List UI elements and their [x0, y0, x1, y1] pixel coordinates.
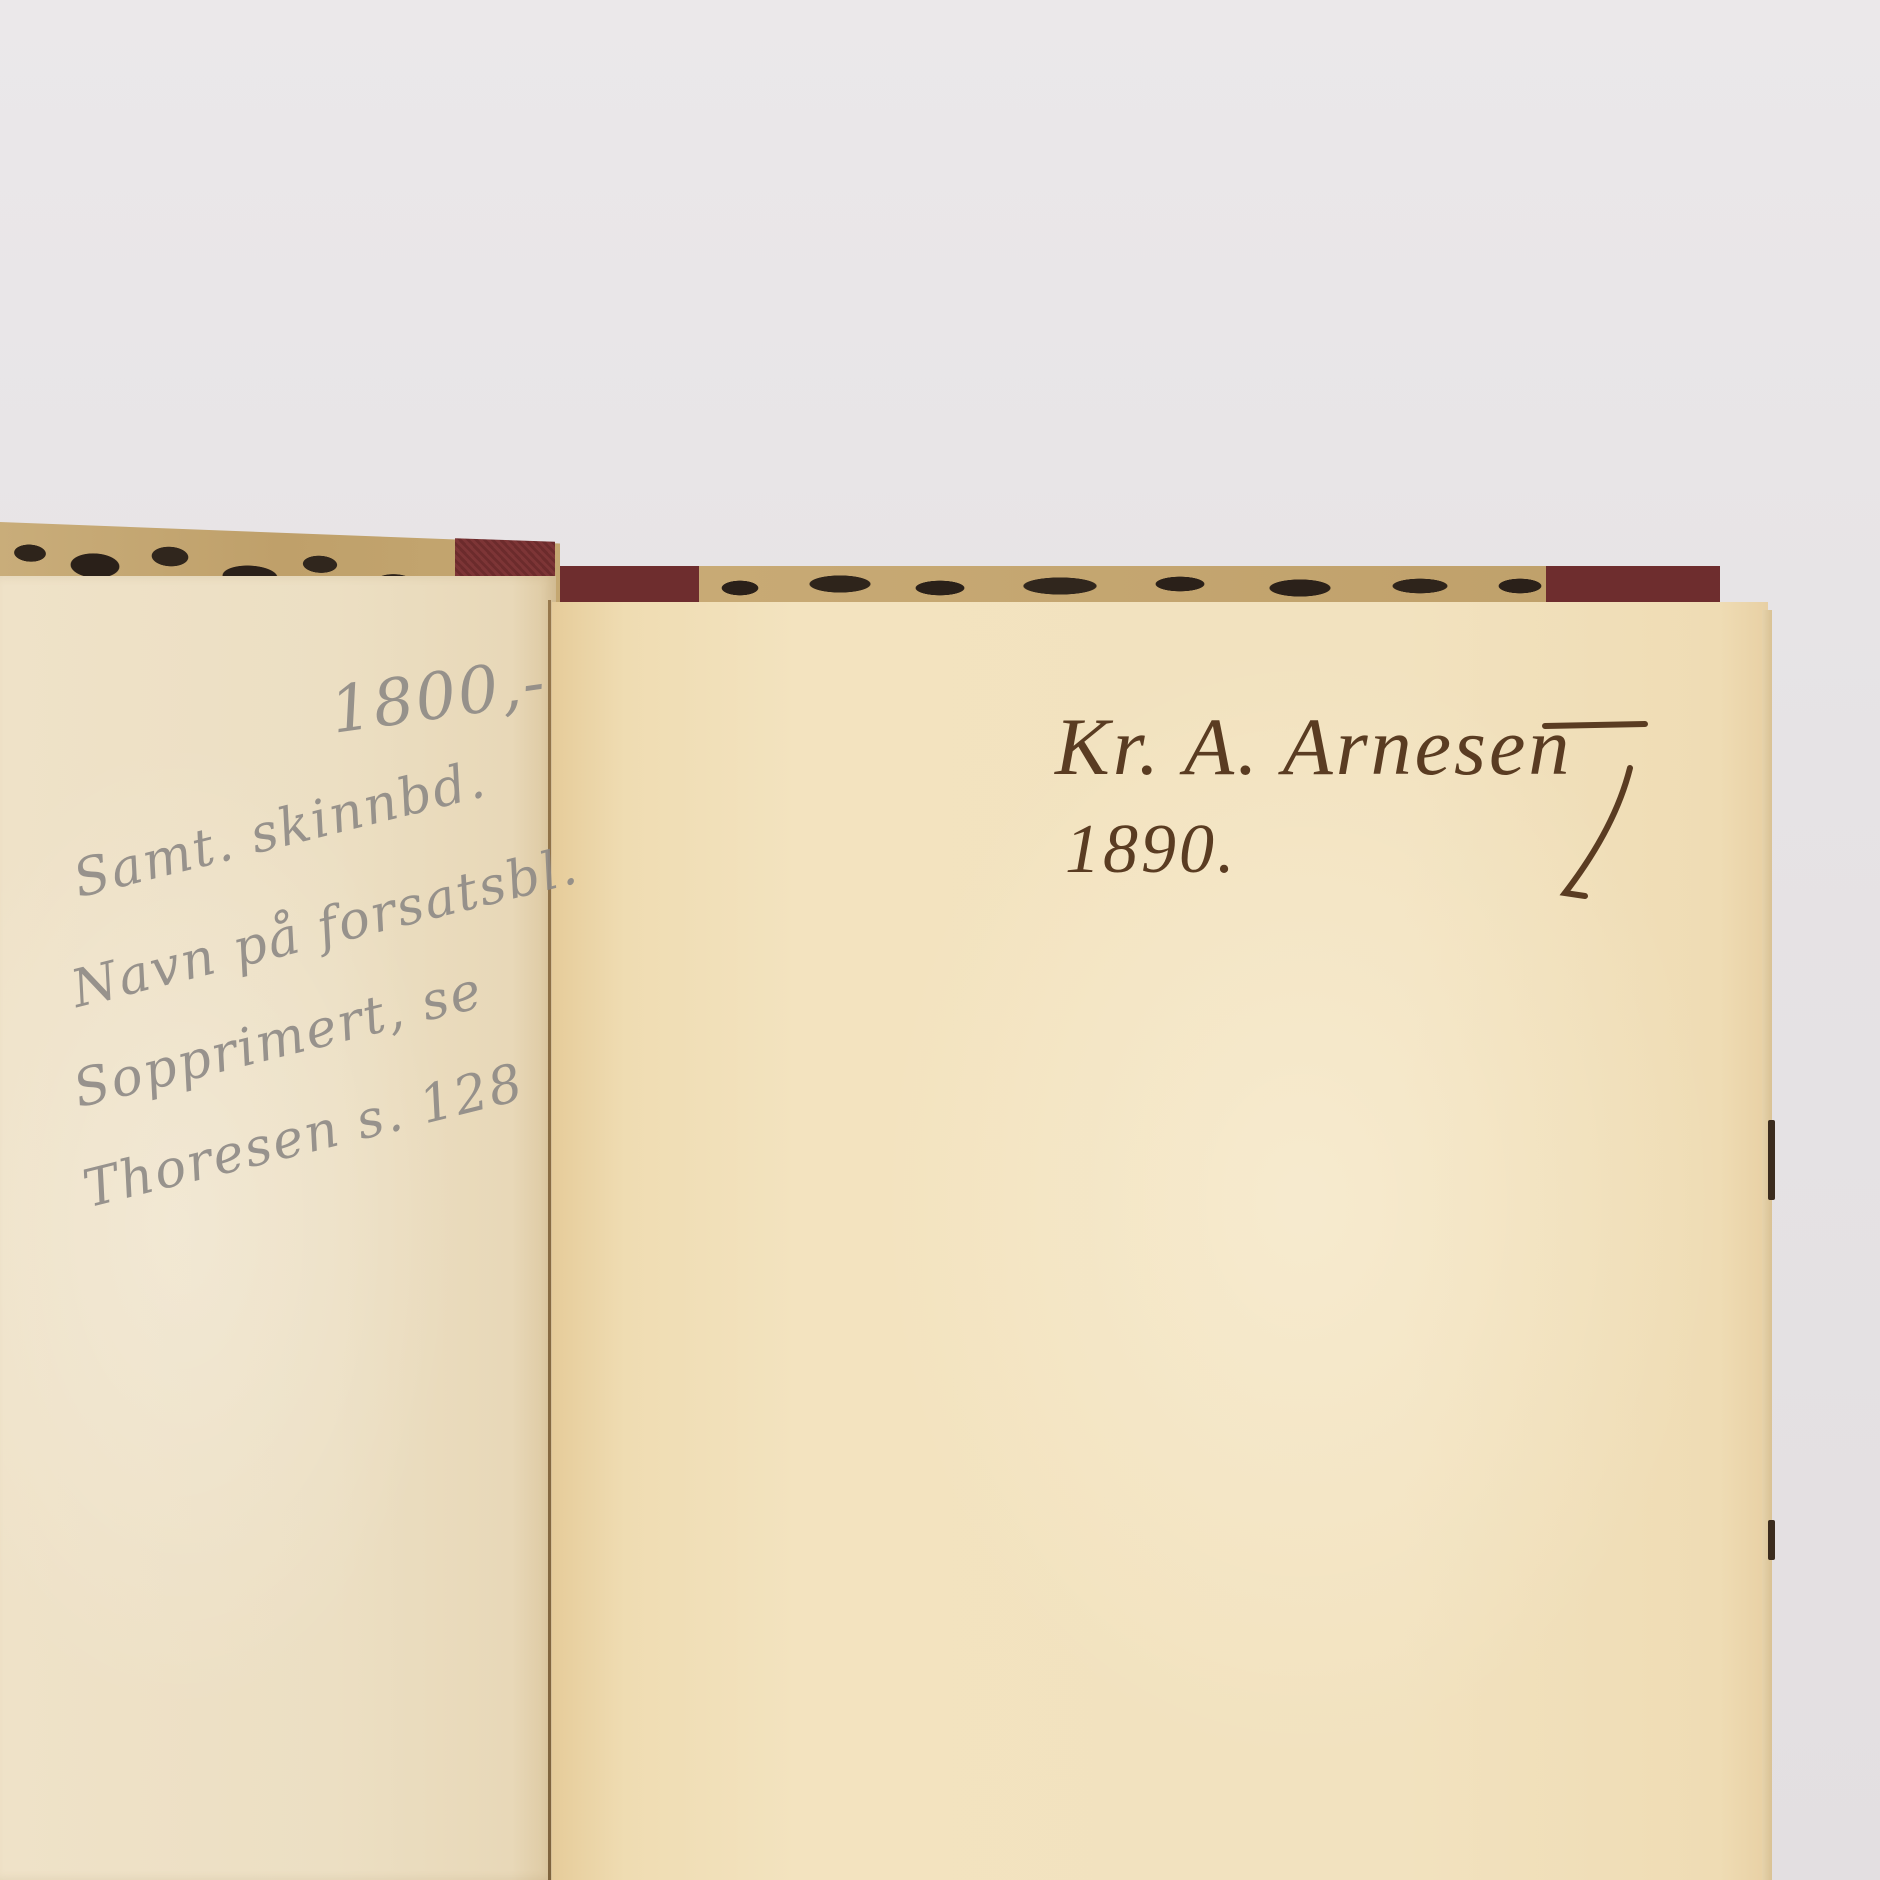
gutter-fold	[548, 600, 551, 1880]
ink-year: 1890.	[1065, 810, 1238, 890]
ink-signature: Kr. A. Arnesen	[1055, 700, 1572, 794]
book-photograph: 1800,- Samt. skinnbd. Navn på forsatsbl.…	[0, 0, 1880, 1880]
board-edge-mark	[1768, 1120, 1775, 1200]
page-block-edge	[1762, 610, 1772, 1880]
board-edge-mark	[1768, 1520, 1775, 1560]
signature-flourish-icon	[1535, 718, 1655, 908]
